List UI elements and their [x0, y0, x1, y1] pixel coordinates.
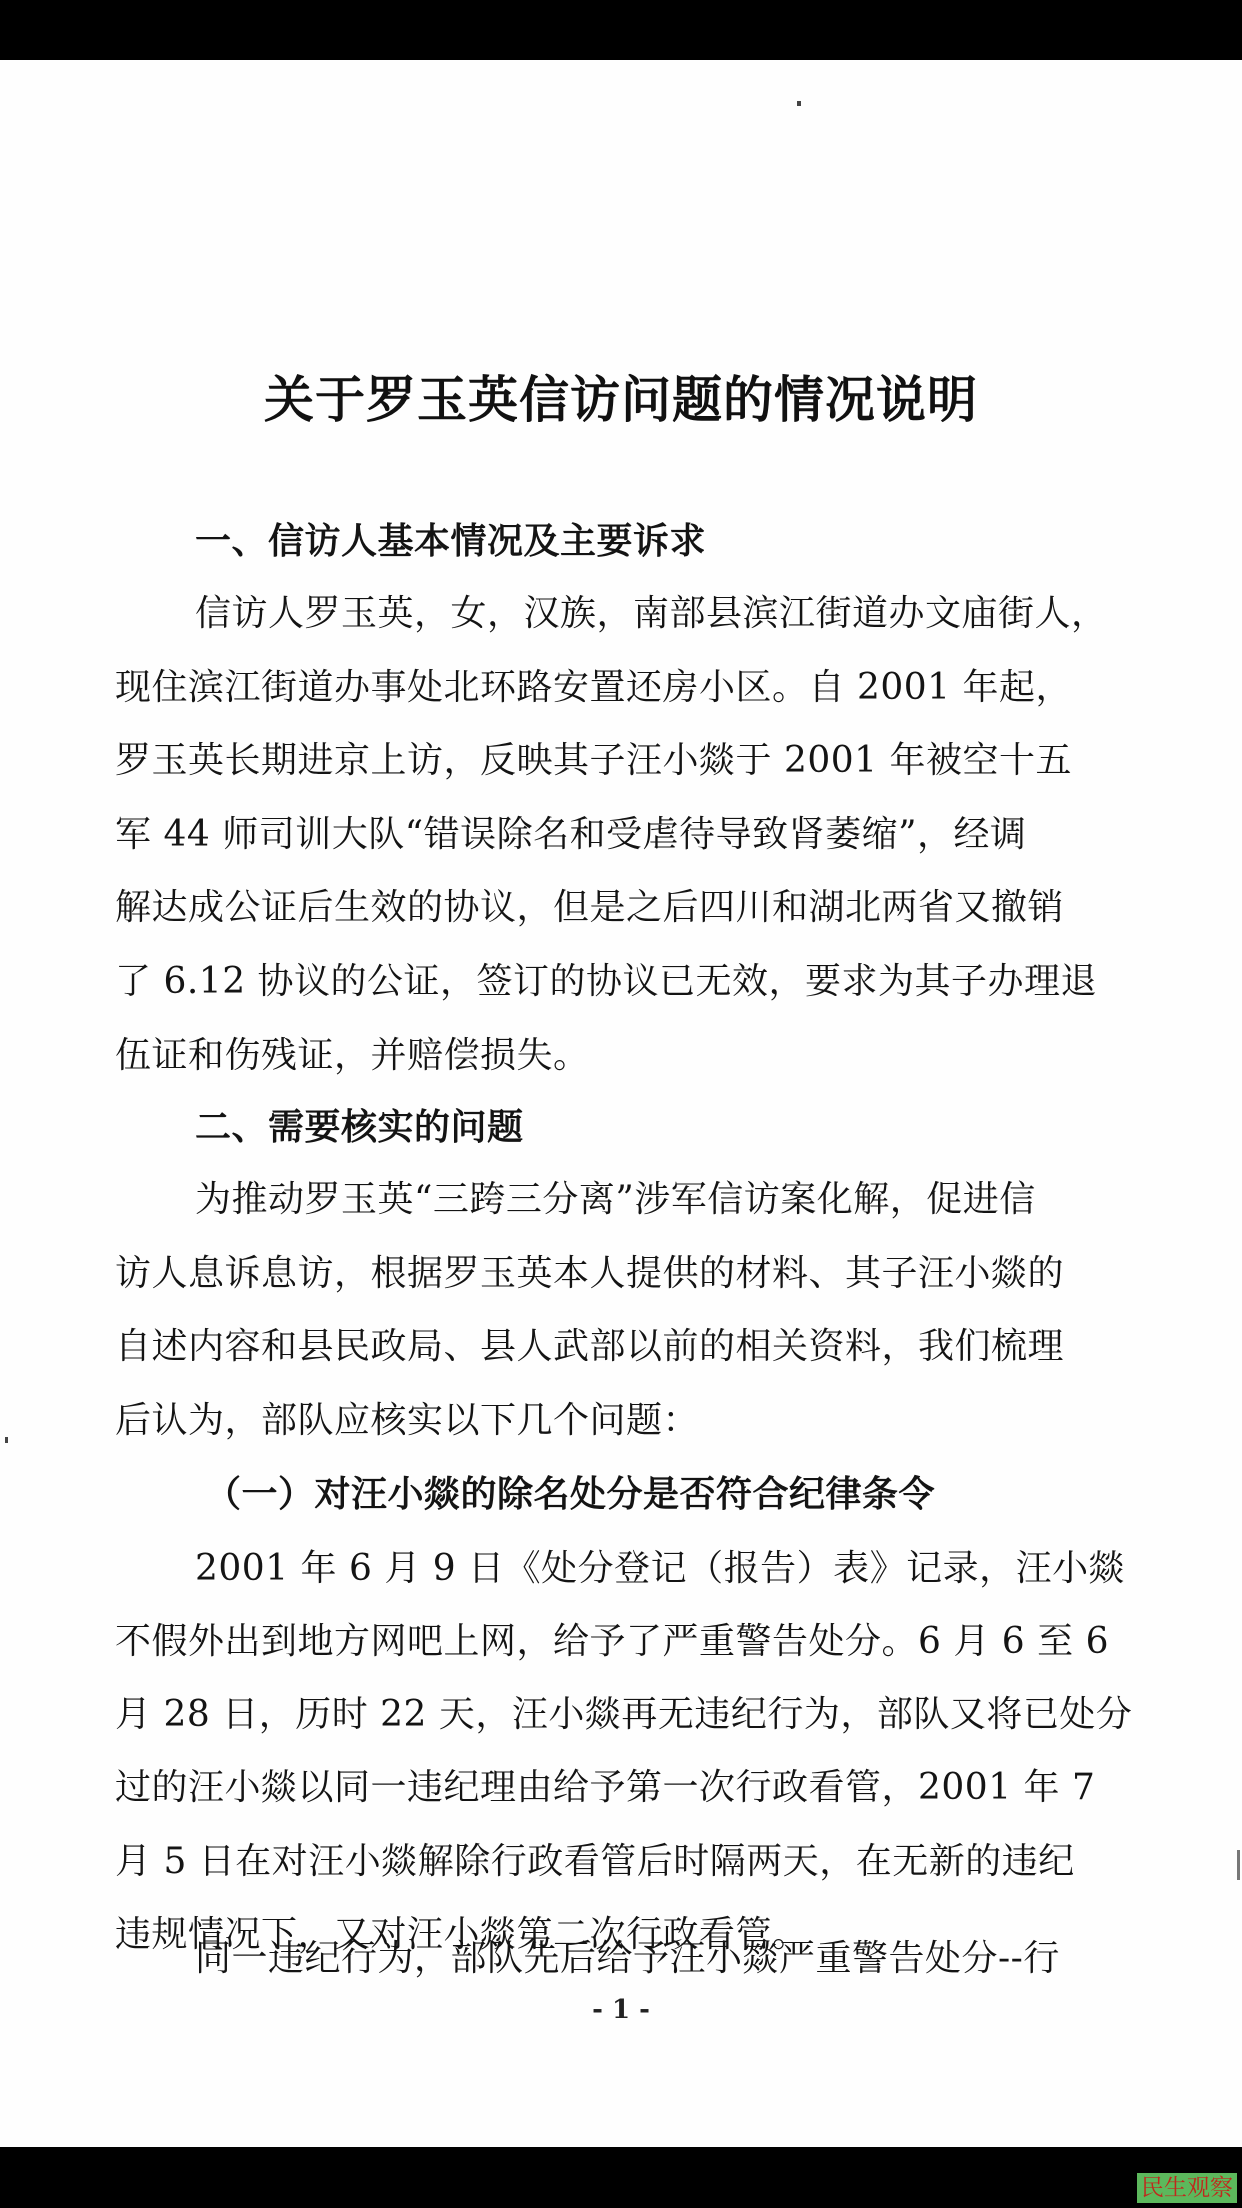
paragraph-line: 解达成公证后生效的协议，但是之后四川和湖北两省又撤销 — [115, 879, 1175, 930]
paragraph-line: 信访人罗玉英，女，汉族，南部县滨江街道办文庙街人， — [195, 585, 1242, 636]
paragraph-line: 自述内容和县民政局、县人武部以前的相关资料，我们梳理 — [115, 1318, 1175, 1369]
scan-speck — [797, 101, 801, 106]
paragraph-line: 后认为，部队应核实以下几个问题： — [115, 1392, 1175, 1443]
paragraph-line: 月 28 日，历时 22 天，汪小燚再无违纪行为，部队又将已处分 — [115, 1686, 1175, 1737]
subsection-heading: （一）对汪小燚的除名处分是否符合纪律条令 — [205, 1466, 1242, 1517]
paragraph-line: 不假外出到地方网吧上网，给予了严重警告处分。6 月 6 至 6 — [115, 1613, 1175, 1664]
scan-speck — [5, 1437, 8, 1443]
paragraph-line: 现住滨江街道办事处北环路安置还房小区。自 2001 年起， — [115, 659, 1175, 710]
paragraph-line: 访人息诉息访，根据罗玉英本人提供的材料、其子汪小燚的 — [115, 1245, 1175, 1296]
page-number: - 1 - — [0, 1995, 1242, 2025]
paragraph-line: 军 44 师司训大队“错误除名和受虐待导致肾萎缩”，经调 — [115, 806, 1175, 857]
paragraph-line: 伍证和伤残证，并赔偿损失。 — [115, 1027, 1175, 1078]
paragraph-line: 月 5 日在对汪小燚解除行政看管后时隔两天，在无新的违纪 — [115, 1833, 1175, 1884]
paragraph-line: 过的汪小燚以同一违纪理由给予第一次行政看管，2001 年 7 — [115, 1759, 1175, 1810]
scan-speck — [1237, 1850, 1240, 1880]
paragraph-line: 2001 年 6 月 9 日《处分登记（报告）表》记录，汪小燚 — [195, 1540, 1242, 1591]
document-title: 关于罗玉英信访问题的情况说明 — [0, 360, 1242, 432]
paragraph-line: 罗玉英长期进京上访，反映其子汪小燚于 2001 年被空十五 — [115, 732, 1175, 783]
section-heading: 二、需要核实的问题 — [195, 1099, 1242, 1150]
paragraph-line: 同一违纪行为，部队先后给予汪小燚严重警告处分--行 — [195, 1930, 1242, 1981]
bottom-black-bar — [0, 2147, 1242, 2208]
section-heading: 一、信访人基本情况及主要诉求 — [195, 513, 1242, 564]
paragraph-line: 了 6.12 协议的公证，签订的协议已无效，要求为其子办理退 — [115, 953, 1175, 1004]
paragraph-line: 为推动罗玉英“三跨三分离”涉军信访案化解，促进信 — [195, 1171, 1242, 1222]
watermark-badge: 民生观察 — [1137, 2173, 1237, 2203]
top-black-bar — [0, 0, 1242, 60]
